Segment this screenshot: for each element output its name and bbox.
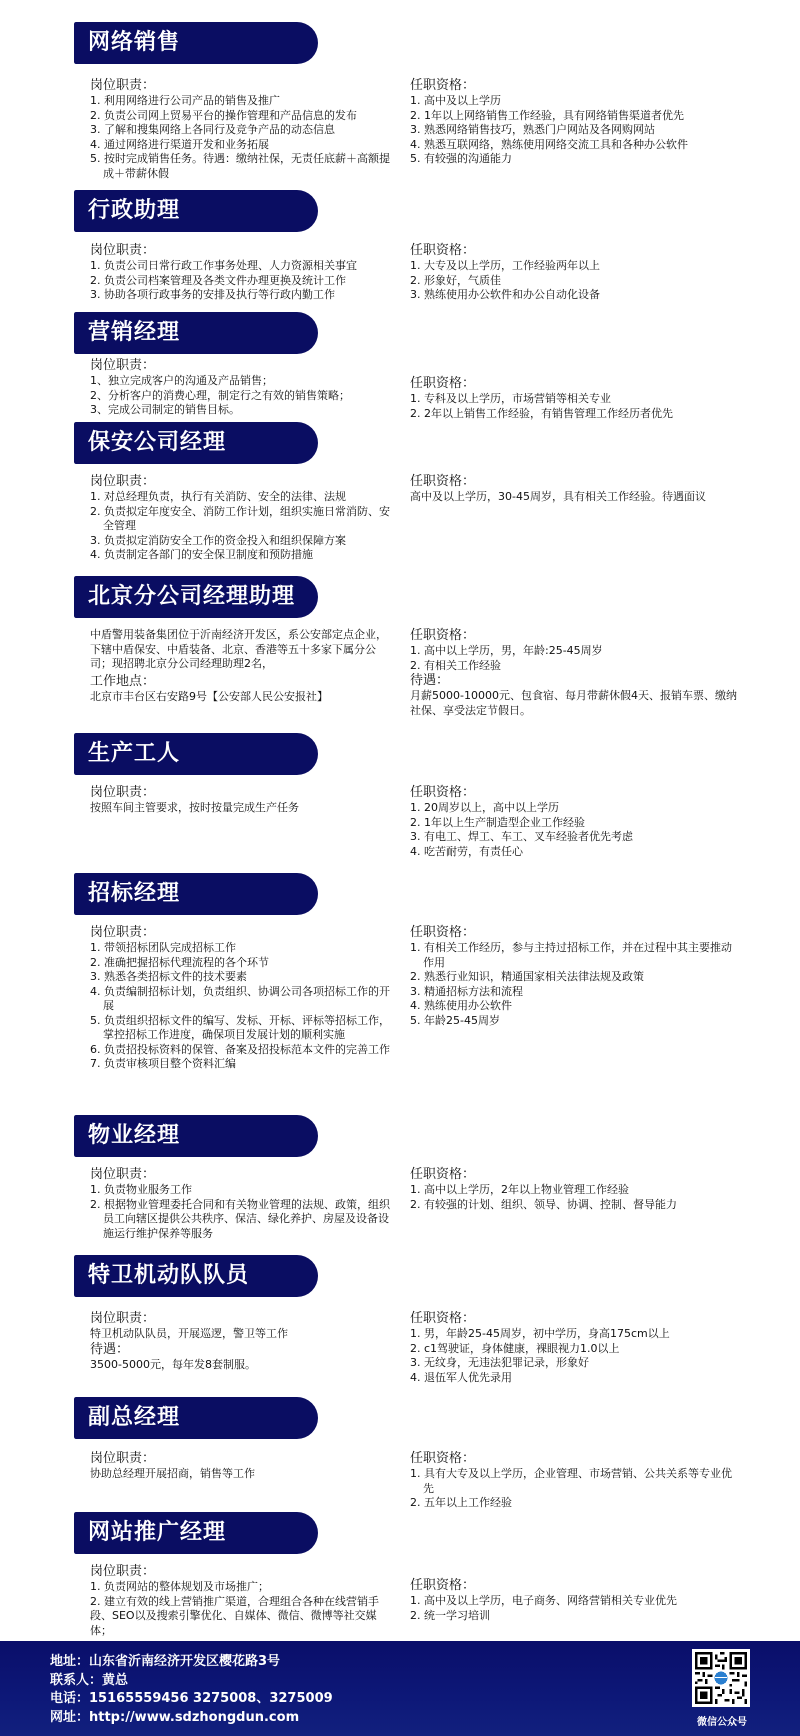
qualifications-label: 任职资格： [410, 785, 740, 801]
duty-item: 2. 负责公司网上贸易平台的操作管理和产品信息的发布 [90, 109, 390, 124]
duty-item: 1. 带领招标团队完成招标工作 [90, 941, 390, 956]
duties-label: 岗位职责： [90, 785, 390, 801]
qualification-item: 3. 精通招标方法和流程 [410, 985, 740, 1000]
duty-item: 1. 负责网站的整体规划及市场推广； [90, 1580, 390, 1595]
benefits-label: 待遇： [90, 1342, 390, 1358]
duties-column: 岗位职责： 1. 带领招标团队完成招标工作 2. 准确把握招标代理流程的各个环节… [90, 925, 390, 1072]
duty-item: 4. 通过网络进行渠道开发和业务拓展 [90, 138, 390, 153]
qualification-item: 1. 高中及以上学历，电子商务、网络营销相关专业优先 [410, 1594, 740, 1609]
qualification-item: 2. 五年以上工作经验 [410, 1496, 740, 1511]
qualifications-column: 任职资格： 1. 高中以上学历，男，年龄:25-45周岁 2. 有相关工作经验 … [410, 628, 740, 718]
job-title-banner: 营销经理 [74, 312, 318, 354]
duty-item: 5. 按时完成销售任务。待遇：缴纳社保，无责任底薪＋高额提成＋带薪休假 [90, 152, 390, 181]
duties-column: 岗位职责： 协助总经理开展招商，销售等工作 [90, 1451, 390, 1482]
qualification-item: 2. 形象好，气质佳 [410, 274, 740, 289]
duties-column: 岗位职责： 1. 负责网站的整体规划及市场推广； 2. 建立有效的线上营销推广渠… [90, 1564, 390, 1638]
qualification-item: 3. 熟练使用办公软件和办公自动化设备 [410, 288, 740, 303]
location-label: 工作地点： [90, 674, 390, 690]
qualifications-label: 任职资格： [410, 1167, 740, 1183]
duties-column: 岗位职责： 按照车间主管要求，按时按量完成生产任务 [90, 785, 390, 816]
duties-column: 岗位职责： 特卫机动队队员，开展巡逻，警卫等工作 待遇： 3500-5000元，… [90, 1311, 390, 1372]
qualifications-column: 任职资格： 1. 高中及以上学历，电子商务、网络营销相关专业优先 2. 统一学习… [410, 1578, 740, 1623]
qr-code-icon [695, 1652, 747, 1704]
qualification-item: 2. 2年以上销售工作经验，有销售管理工作经历者优先 [410, 407, 740, 422]
duties-column: 岗位职责： 1. 负责物业服务工作 2. 根据物业管理委托合同和有关物业管理的法… [90, 1167, 390, 1241]
qualification-item: 1. 专科及以上学历，市场营销等相关专业 [410, 392, 740, 407]
duty-item: 1. 负责公司日常行政工作事务处理、人力资源相关事宜 [90, 259, 390, 274]
duty-item: 2. 负责公司档案管理及各类文件办理更换及统计工作 [90, 274, 390, 289]
duties-label: 岗位职责： [90, 358, 390, 374]
qualification-item: 2. c1驾驶证，身体健康，裸眼视力1.0以上 [410, 1342, 740, 1357]
duty-item: 2. 负责拟定年度安全、消防工作计划，组织实施日常消防、安全管理 [90, 505, 390, 534]
duty-item: 4. 负责制定各部门的安全保卫制度和预防措施 [90, 548, 390, 563]
contact-person-line: 联系人：黄总 [50, 1672, 333, 1691]
qualification-item: 2. 有相关工作经验 [410, 659, 740, 674]
qualifications-label: 任职资格： [410, 243, 740, 259]
qualification-item: 1. 高中以上学历，2年以上物业管理工作经验 [410, 1183, 740, 1198]
qualification-item: 1. 有相关工作经历，参与主持过招标工作，并在过程中其主要推动作用 [410, 941, 740, 970]
qualification-item: 2. 熟悉行业知识，精通国家相关法律法规及政策 [410, 970, 740, 985]
duty-item: 5. 负责组织招标文件的编写、发标、开标、评标等招标工作，掌控招标工作进度，确保… [90, 1014, 390, 1043]
job-title-banner: 网站推广经理 [74, 1512, 318, 1554]
address-line: 地址：山东省沂南经济开发区樱花路3号 [50, 1653, 333, 1672]
qr-caption: 微信公众号 [686, 1713, 758, 1728]
duties-label: 岗位职责： [90, 78, 390, 94]
qualification-item: 5. 年龄25-45周岁 [410, 1014, 740, 1029]
qualification-item: 2. 统一学习培训 [410, 1609, 740, 1624]
duty-text: 协助总经理开展招商，销售等工作 [90, 1467, 390, 1482]
duty-item: 1. 负责物业服务工作 [90, 1183, 390, 1198]
qualifications-label: 任职资格： [410, 628, 740, 644]
qualification-item: 2. 1年以上生产制造型企业工作经验 [410, 816, 740, 831]
job-title-banner: 生产工人 [74, 733, 318, 775]
wechat-qr-code [692, 1649, 750, 1707]
qualification-item: 5. 有较强的沟通能力 [410, 152, 740, 167]
job-title-banner: 物业经理 [74, 1115, 318, 1157]
qualifications-column: 任职资格： 高中及以上学历，30-45周岁，具有相关工作经验。待遇面议 [410, 474, 740, 505]
qualification-item: 4. 熟悉互联网络，熟练使用网络交流工具和各种办公软件 [410, 138, 740, 153]
duty-text: 特卫机动队队员，开展巡逻，警卫等工作 [90, 1327, 390, 1342]
qualification-item: 2. 有较强的计划、组织、领导、协调、控制、督导能力 [410, 1198, 740, 1213]
duty-text: 按照车间主管要求，按时按量完成生产任务 [90, 801, 390, 816]
intro-column: 中盾警用装备集团位于沂南经济开发区，系公安部定点企业，下辖中盾保安、中盾装备、北… [90, 628, 390, 704]
qualifications-column: 任职资格： 1. 专科及以上学历，市场营销等相关专业 2. 2年以上销售工作经验… [410, 376, 740, 421]
qualifications-label: 任职资格： [410, 376, 740, 392]
qualification-item: 1. 具有大专及以上学历，企业管理、市场营销、公共关系等专业优先 [410, 1467, 740, 1496]
qualifications-column: 任职资格： 1. 高中及以上学历 2. 1年以上网络销售工作经验，具有网络销售渠… [410, 78, 740, 167]
duties-label: 岗位职责： [90, 925, 390, 941]
duty-item: 2. 建立有效的线上营销推广渠道，合理组合各种在线营销手段、SEO以及搜索引擎优… [90, 1595, 390, 1639]
duties-column: 岗位职责： 1. 负责公司日常行政工作事务处理、人力资源相关事宜 2. 负责公司… [90, 243, 390, 303]
duties-label: 岗位职责： [90, 1451, 390, 1467]
benefits-text: 月薪5000-10000元、包食宿、每月带薪休假4天、报销车票、缴纳社保、享受法… [410, 689, 740, 718]
duties-label: 岗位职责： [90, 474, 390, 490]
job-title-banner: 招标经理 [74, 873, 318, 915]
duty-item: 7. 负责审核项目整个资料汇编 [90, 1057, 390, 1072]
contact-info: 地址：山东省沂南经济开发区樱花路3号 联系人：黄总 电话：15165559456… [50, 1653, 333, 1727]
contact-footer: 地址：山东省沂南经济开发区樱花路3号 联系人：黄总 电话：15165559456… [0, 1641, 800, 1736]
qualification-item: 1. 高中以上学历，男，年龄:25-45周岁 [410, 644, 740, 659]
duties-column: 岗位职责： 1. 对总经理负责，执行有关消防、安全的法律、法规 2. 负责拟定年… [90, 474, 390, 563]
duty-item: 3、完成公司制定的销售目标。 [90, 403, 390, 418]
qualification-item: 4. 吃苦耐劳，有责任心 [410, 845, 740, 860]
qualifications-column: 任职资格： 1. 具有大专及以上学历，企业管理、市场营销、公共关系等专业优先 2… [410, 1451, 740, 1511]
qualifications-column: 任职资格： 1. 大专及以上学历，工作经验两年以上 2. 形象好，气质佳 3. … [410, 243, 740, 303]
duties-label: 岗位职责： [90, 1311, 390, 1327]
job-title-banner: 行政助理 [74, 190, 318, 232]
duties-column: 岗位职责： 1. 利用网络进行公司产品的销售及推广 2. 负责公司网上贸易平台的… [90, 78, 390, 181]
qualification-item: 4. 熟练使用办公软件 [410, 999, 740, 1014]
qualification-item: 4. 退伍军人优先录用 [410, 1371, 740, 1386]
duties-label: 岗位职责： [90, 1564, 390, 1580]
qualifications-label: 任职资格： [410, 925, 740, 941]
duties-label: 岗位职责： [90, 1167, 390, 1183]
duties-column: 岗位职责： 1、独立完成客户的沟通及产品销售； 2、分析客户的消费心理，制定行之… [90, 358, 390, 418]
qualification-text: 高中及以上学历，30-45周岁，具有相关工作经验。待遇面议 [410, 490, 740, 505]
qualification-item: 1. 20周岁以上，高中以上学历 [410, 801, 740, 816]
qualifications-label: 任职资格： [410, 1311, 740, 1327]
qualifications-column: 任职资格： 1. 有相关工作经历，参与主持过招标工作，并在过程中其主要推动作用 … [410, 925, 740, 1028]
work-location: 北京市丰台区右安路9号【公安部人民公安报社】 [90, 690, 390, 705]
qualification-item: 1. 男，年龄25-45周岁，初中学历，身高175cm以上 [410, 1327, 740, 1342]
company-intro: 中盾警用装备集团位于沂南经济开发区，系公安部定点企业，下辖中盾保安、中盾装备、北… [90, 628, 390, 672]
qualification-item: 1. 大专及以上学历，工作经验两年以上 [410, 259, 740, 274]
qualifications-label: 任职资格： [410, 78, 740, 94]
qualifications-label: 任职资格： [410, 474, 740, 490]
benefits-label: 待遇： [410, 673, 740, 689]
duties-label: 岗位职责： [90, 243, 390, 259]
duty-item: 2. 准确把握招标代理流程的各个环节 [90, 956, 390, 971]
qualification-item: 1. 高中及以上学历 [410, 94, 740, 109]
duty-item: 6. 负责招投标资料的保管、备案及招投标范本文件的完善工作 [90, 1043, 390, 1058]
duty-item: 2、分析客户的消费心理，制定行之有效的销售策略； [90, 389, 390, 404]
duty-item: 1. 利用网络进行公司产品的销售及推广 [90, 94, 390, 109]
duty-item: 3. 了解和搜集网络上各同行及竞争产品的动态信息 [90, 123, 390, 138]
phone-line: 电话：15165559456 3275008、3275009 [50, 1690, 333, 1709]
job-title-banner: 特卫机动队队员 [74, 1255, 318, 1297]
duty-item: 2. 根据物业管理委托合同和有关物业管理的法规、政策，组织员工向辖区提供公共秩序… [90, 1198, 390, 1242]
qualification-item: 3. 有电工、焊工、车工、叉车经验者优先考虑 [410, 830, 740, 845]
qualifications-label: 任职资格： [410, 1451, 740, 1467]
duty-item: 3. 协助各项行政事务的安排及执行等行政内勤工作 [90, 288, 390, 303]
qualification-item: 3. 无纹身，无违法犯罪记录，形象好 [410, 1356, 740, 1371]
qualification-item: 3. 熟悉网络销售技巧，熟悉门户网站及各网购网站 [410, 123, 740, 138]
duty-item: 1. 对总经理负责，执行有关消防、安全的法律、法规 [90, 490, 390, 505]
duty-item: 3. 负责拟定消防安全工作的资金投入和组织保障方案 [90, 534, 390, 549]
qualifications-label: 任职资格： [410, 1578, 740, 1594]
job-title-banner: 北京分公司经理助理 [74, 576, 318, 618]
job-title-banner: 网络销售 [74, 22, 318, 64]
qualifications-column: 任职资格： 1. 20周岁以上，高中以上学历 2. 1年以上生产制造型企业工作经… [410, 785, 740, 859]
qualification-item: 2. 1年以上网络销售工作经验，具有网络销售渠道者优先 [410, 109, 740, 124]
duty-item: 3. 熟悉各类招标文件的技术要素 [90, 970, 390, 985]
qualifications-column: 任职资格： 1. 男，年龄25-45周岁，初中学历，身高175cm以上 2. c… [410, 1311, 740, 1385]
duty-item: 1、独立完成客户的沟通及产品销售； [90, 374, 390, 389]
qualifications-column: 任职资格： 1. 高中以上学历，2年以上物业管理工作经验 2. 有较强的计划、组… [410, 1167, 740, 1212]
duty-item: 4. 负责编制招标计划，负责组织、协调公司各项招标工作的开展 [90, 985, 390, 1014]
job-title-banner: 保安公司经理 [74, 422, 318, 464]
job-title-banner: 副总经理 [74, 1397, 318, 1439]
website-line[interactable]: 网址：http://www.sdzhongdun.com [50, 1709, 333, 1728]
benefits-text: 3500-5000元，每年发8套制服。 [90, 1358, 390, 1373]
